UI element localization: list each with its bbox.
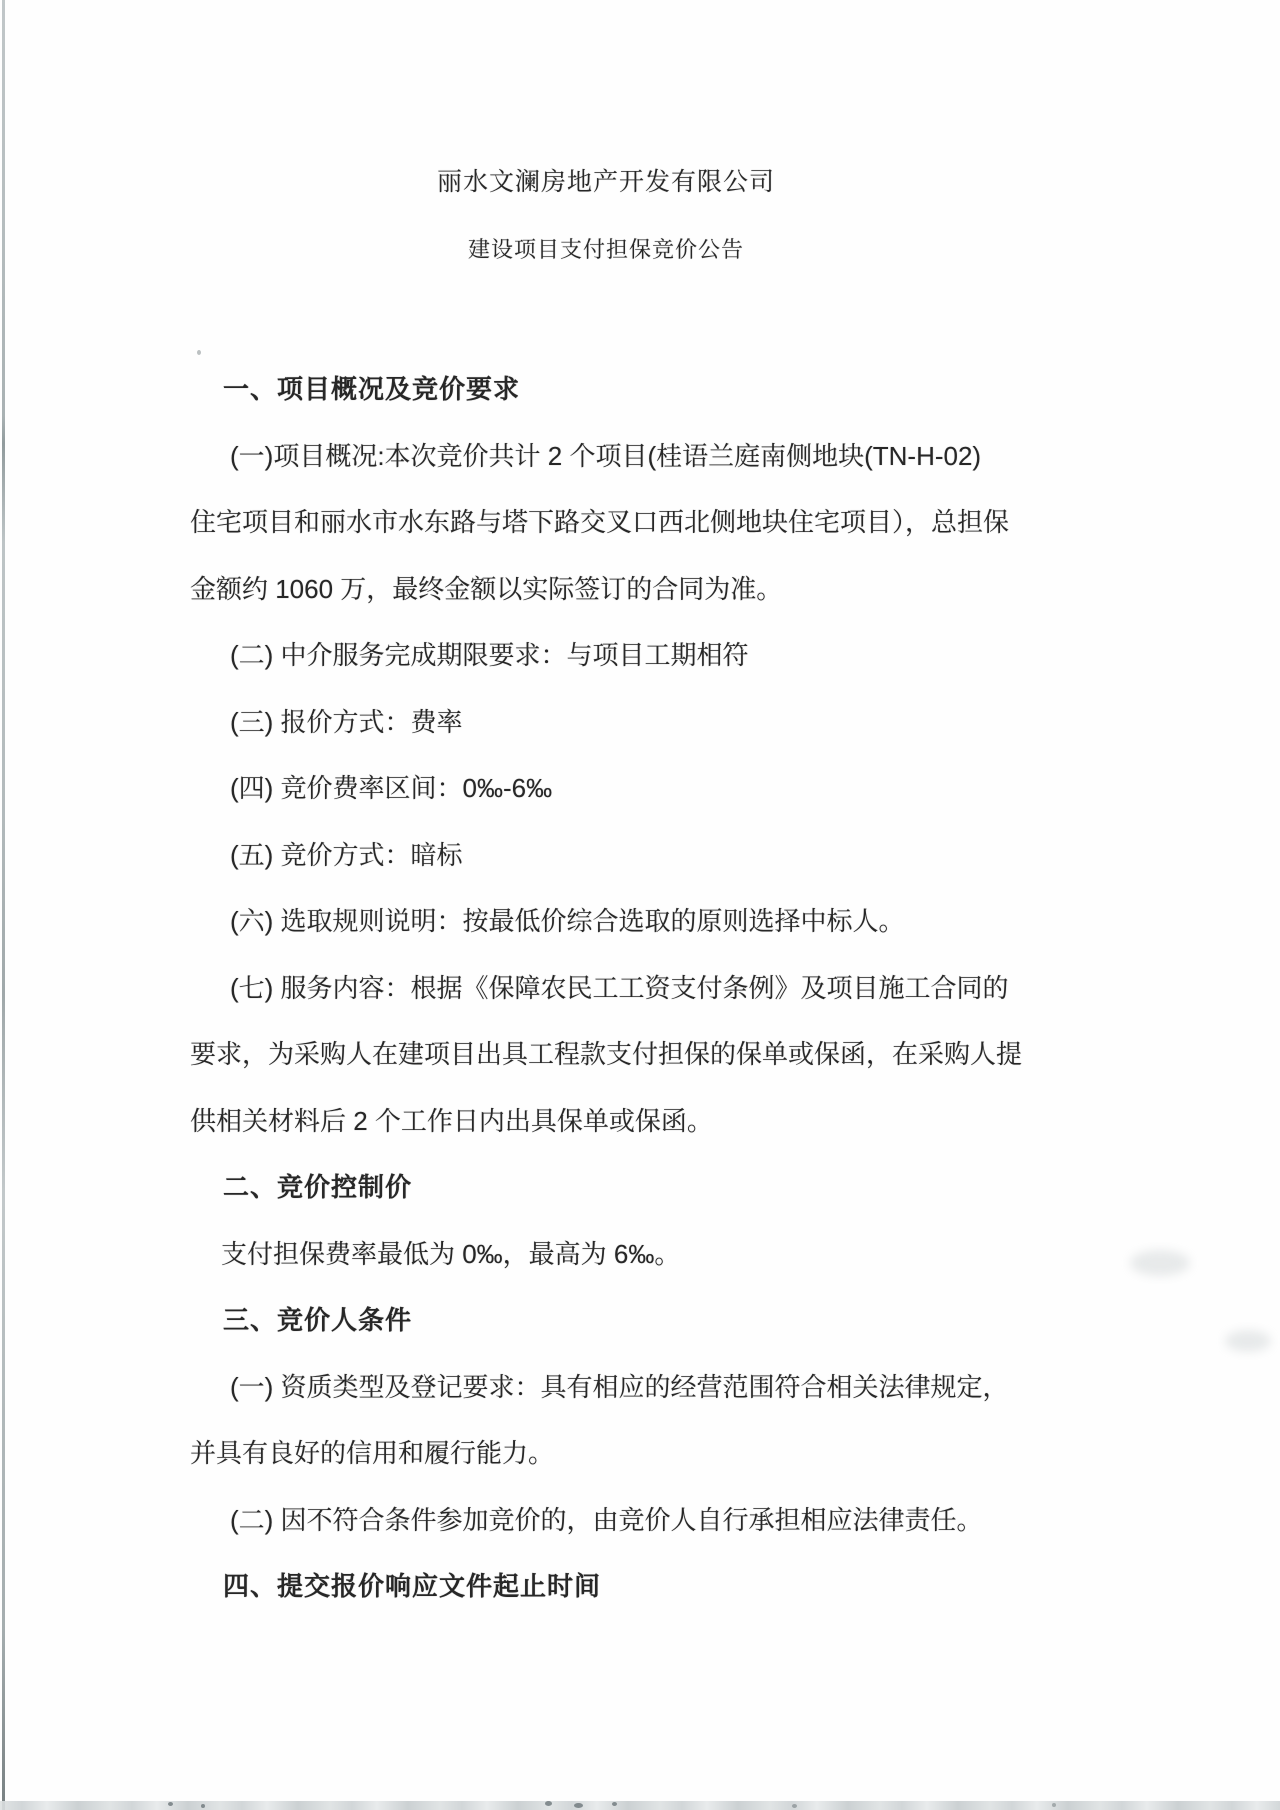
text-line: (四) 竞价费率区间：0‰-6‰ [190,755,1050,822]
scan-speck [201,1804,205,1808]
text-line: (二) 中介服务完成期限要求：与项目工期相符 [190,622,1050,689]
section-heading: 二、竞价控制价 [190,1154,1050,1221]
document-title: 丽水文澜房地产开发有限公司 [0,164,1212,200]
section-heading: 三、竞价人条件 [190,1287,1050,1354]
document-subtitle: 建设项目支付担保竞价公告 [0,234,1212,266]
text-line: 住宅项目和丽水市水东路与塔下路交叉口西北侧地块住宅项目），总担保 [190,489,1050,556]
scan-speck [168,1802,173,1806]
text-line: (五) 竞价方式：暗标 [190,822,1050,889]
section-heading: 四、提交报价响应文件起止时间 [190,1553,1050,1620]
scan-smudge [1130,1250,1190,1276]
text-line: (六) 选取规则说明：按最低价综合选取的原则选择中标人。 [190,888,1050,955]
document-body: 一、项目概况及竞价要求(一)项目概况:本次竞价共计 2 个项目(桂语兰庭南侧地块… [190,356,1050,1620]
text-line: (一)项目概况:本次竞价共计 2 个项目(桂语兰庭南侧地块(TN-H-02) [190,423,1050,490]
text-line: 金额约 1060 万，最终金额以实际签订的合同为准。 [190,556,1050,623]
text-line: 并具有良好的信用和履行能力。 [190,1420,1050,1487]
text-line: (七) 服务内容：根据《保障农民工工资支付条例》及项目施工合同的 [190,955,1050,1022]
text-line: 支付担保费率最低为 0‰，最高为 6‰。 [190,1221,1050,1288]
scan-speck [1052,1803,1056,1807]
scanner-edge-line [2,0,5,1810]
scan-speck [545,1801,552,1806]
scan-speck [574,1803,583,1808]
title-block: 丽水文澜房地产开发有限公司 建设项目支付担保竞价公告 [0,164,1212,266]
scan-smudge [1225,1330,1271,1352]
text-line: (一) 资质类型及登记要求：具有相应的经营范围符合相关法律规定， [190,1354,1050,1421]
text-line: 供相关材料后 2 个工作日内出具保单或保函。 [190,1088,1050,1155]
scan-speck [612,1802,617,1806]
scan-speck [197,350,201,355]
text-line: (三) 报价方式：费率 [190,689,1050,756]
scan-speck [792,1804,797,1808]
text-line: 要求，为采购人在建项目出具工程款支付担保的保单或保函，在采购人提 [190,1021,1050,1088]
scanner-bottom-band [0,1801,1280,1810]
section-heading: 一、项目概况及竞价要求 [190,356,1050,423]
text-line: (二) 因不符合条件参加竞价的，由竞价人自行承担相应法律责任。 [190,1487,1050,1554]
scanned-document-page: 丽水文澜房地产开发有限公司 建设项目支付担保竞价公告 一、项目概况及竞价要求(一… [0,0,1280,1810]
